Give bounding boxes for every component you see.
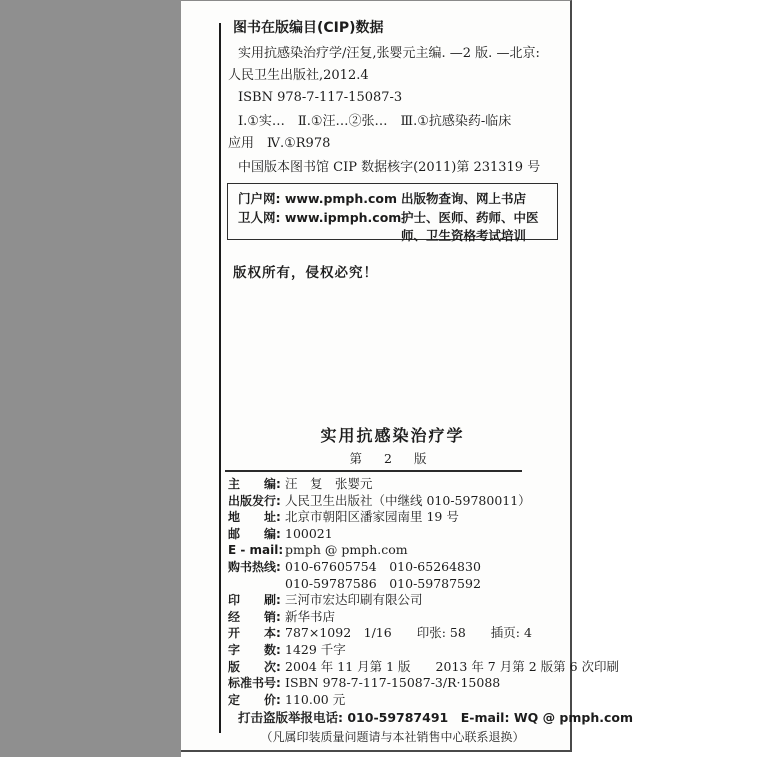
row-label: 出版发行: xyxy=(228,493,281,510)
colophon-row: 经 销:新华书店 xyxy=(228,609,558,626)
cip-classification: 应用 Ⅳ.①R978 xyxy=(228,133,330,155)
copyright-notice: 版权所有，侵权必究！ xyxy=(233,261,378,281)
row-value: 1429 千字 xyxy=(285,642,346,659)
book-edition: 第 2 版 xyxy=(227,449,558,467)
row-value: 100021 xyxy=(285,526,333,543)
colophon-row: 主 编:汪 复 张婴元 xyxy=(228,476,558,493)
row-label: E - mail: xyxy=(228,542,281,559)
row-value: 汪 复 张婴元 xyxy=(285,476,373,493)
colophon-row: 邮 编:100021 xyxy=(228,526,558,543)
row-value: 787×1092 1/16 印张: 58 插页: 4 xyxy=(285,625,532,642)
row-label: 地 址: xyxy=(228,509,281,526)
service-line: 出版物查询、网上书店 xyxy=(401,190,557,209)
row-label: 版 次: xyxy=(228,659,281,676)
colophon-row: 地 址:北京市朝阳区潘家园南里 19 号 xyxy=(228,509,558,526)
row-value: 110.00 元 xyxy=(285,692,345,709)
row-label xyxy=(228,576,281,593)
row-value: pmph @ pmph.com xyxy=(285,542,408,559)
service-line: 护士、医师、药师、中医 xyxy=(401,209,557,228)
book-title: 实用抗感染治疗学 xyxy=(227,423,558,446)
row-label: 印 刷: xyxy=(228,592,281,609)
row-label: 购书热线: xyxy=(228,559,281,576)
row-value: 010-67605754 010-65264830 xyxy=(285,559,481,576)
colophon-row: 出版发行:人民卫生出版社（中继线 010-59780011） xyxy=(228,493,558,510)
row-value: 人民卫生出版社（中继线 010-59780011） xyxy=(285,493,531,510)
book-page: 图书在版编目(CIP)数据 实用抗感染治疗学/汪复,张婴元主编. —2 版. —… xyxy=(181,0,572,752)
colophon-row: 购书热线:010-67605754 010-65264830 xyxy=(228,559,558,576)
colophon-divider xyxy=(225,470,522,472)
row-label: 定 价: xyxy=(228,692,281,709)
row-label: 邮 编: xyxy=(228,526,281,543)
cip-heading: 图书在版编目(CIP)数据 xyxy=(233,17,384,37)
health-site-line: 卫人网: www.ipmph.com xyxy=(238,209,401,228)
cip-record-number: 中国版本图书馆 CIP 数据核字(2011)第 231319 号 xyxy=(238,157,540,179)
row-value: 北京市朝阳区潘家园南里 19 号 xyxy=(285,509,459,526)
colophon-row: 开 本:787×1092 1/16 印张: 58 插页: 4 xyxy=(228,625,558,642)
colophon-row: 字 数:1429 千字 xyxy=(228,642,558,659)
text-block-rule xyxy=(219,23,221,733)
website-column: 门户网: www.pmph.com 卫人网: www.ipmph.com xyxy=(238,190,401,239)
row-value: 2004 年 11 月第 1 版 2013 年 7 月第 2 版第 6 次印刷 xyxy=(285,659,619,676)
cip-line: 人民卫生出版社,2012.4 xyxy=(228,65,369,87)
cip-classification: Ⅰ.①实… Ⅱ.①汪…②张… Ⅲ.①抗感染药-临床 xyxy=(238,111,511,133)
colophon-row: 定 价:110.00 元 xyxy=(228,692,558,709)
row-label: 开 本: xyxy=(228,625,281,642)
row-value: 三河市宏达印刷有限公司 xyxy=(285,592,423,609)
cip-isbn: ISBN 978-7-117-15087-3 xyxy=(238,87,402,109)
row-label: 主 编: xyxy=(228,476,281,493)
publisher-website-box: 门户网: www.pmph.com 卫人网: www.ipmph.com 出版物… xyxy=(227,183,558,240)
colophon: 主 编:汪 复 张婴元 出版发行:人民卫生出版社（中继线 010-5978001… xyxy=(228,476,558,708)
colophon-row: 版 次:2004 年 11 月第 1 版 2013 年 7 月第 2 版第 6 … xyxy=(228,659,558,676)
row-label: 字 数: xyxy=(228,642,281,659)
scanned-copyright-page: 图书在版编目(CIP)数据 实用抗感染治疗学/汪复,张婴元主编. —2 版. —… xyxy=(0,0,757,757)
scan-background-band xyxy=(0,0,181,757)
row-value: 010-59787586 010-59787592 xyxy=(285,576,481,593)
return-note: （凡属印装质量问题请与本社销售中心联系退换） xyxy=(227,728,558,745)
row-value: ISBN 978-7-117-15087-3/R·15088 xyxy=(285,675,500,692)
services-column: 出版物查询、网上书店 护士、医师、药师、中医 师、卫生资格考试培训 xyxy=(401,190,557,239)
service-line: 师、卫生资格考试培训 xyxy=(401,227,557,246)
row-label: 标准书号: xyxy=(228,675,281,692)
colophon-row: 标准书号:ISBN 978-7-117-15087-3/R·15088 xyxy=(228,675,558,692)
anti-piracy-hotline: 打击盗版举报电话: 010-59787491 E-mail: WQ @ pmph… xyxy=(238,708,633,726)
colophon-row: E - mail:pmph @ pmph.com xyxy=(228,542,558,559)
row-value: 新华书店 xyxy=(285,609,335,626)
row-label: 经 销: xyxy=(228,609,281,626)
colophon-row: 010-59787586 010-59787592 xyxy=(228,576,558,593)
colophon-row: 印 刷:三河市宏达印刷有限公司 xyxy=(228,592,558,609)
portal-site-line: 门户网: www.pmph.com xyxy=(238,190,401,209)
cip-line: 实用抗感染治疗学/汪复,张婴元主编. —2 版. —北京: xyxy=(238,43,540,65)
